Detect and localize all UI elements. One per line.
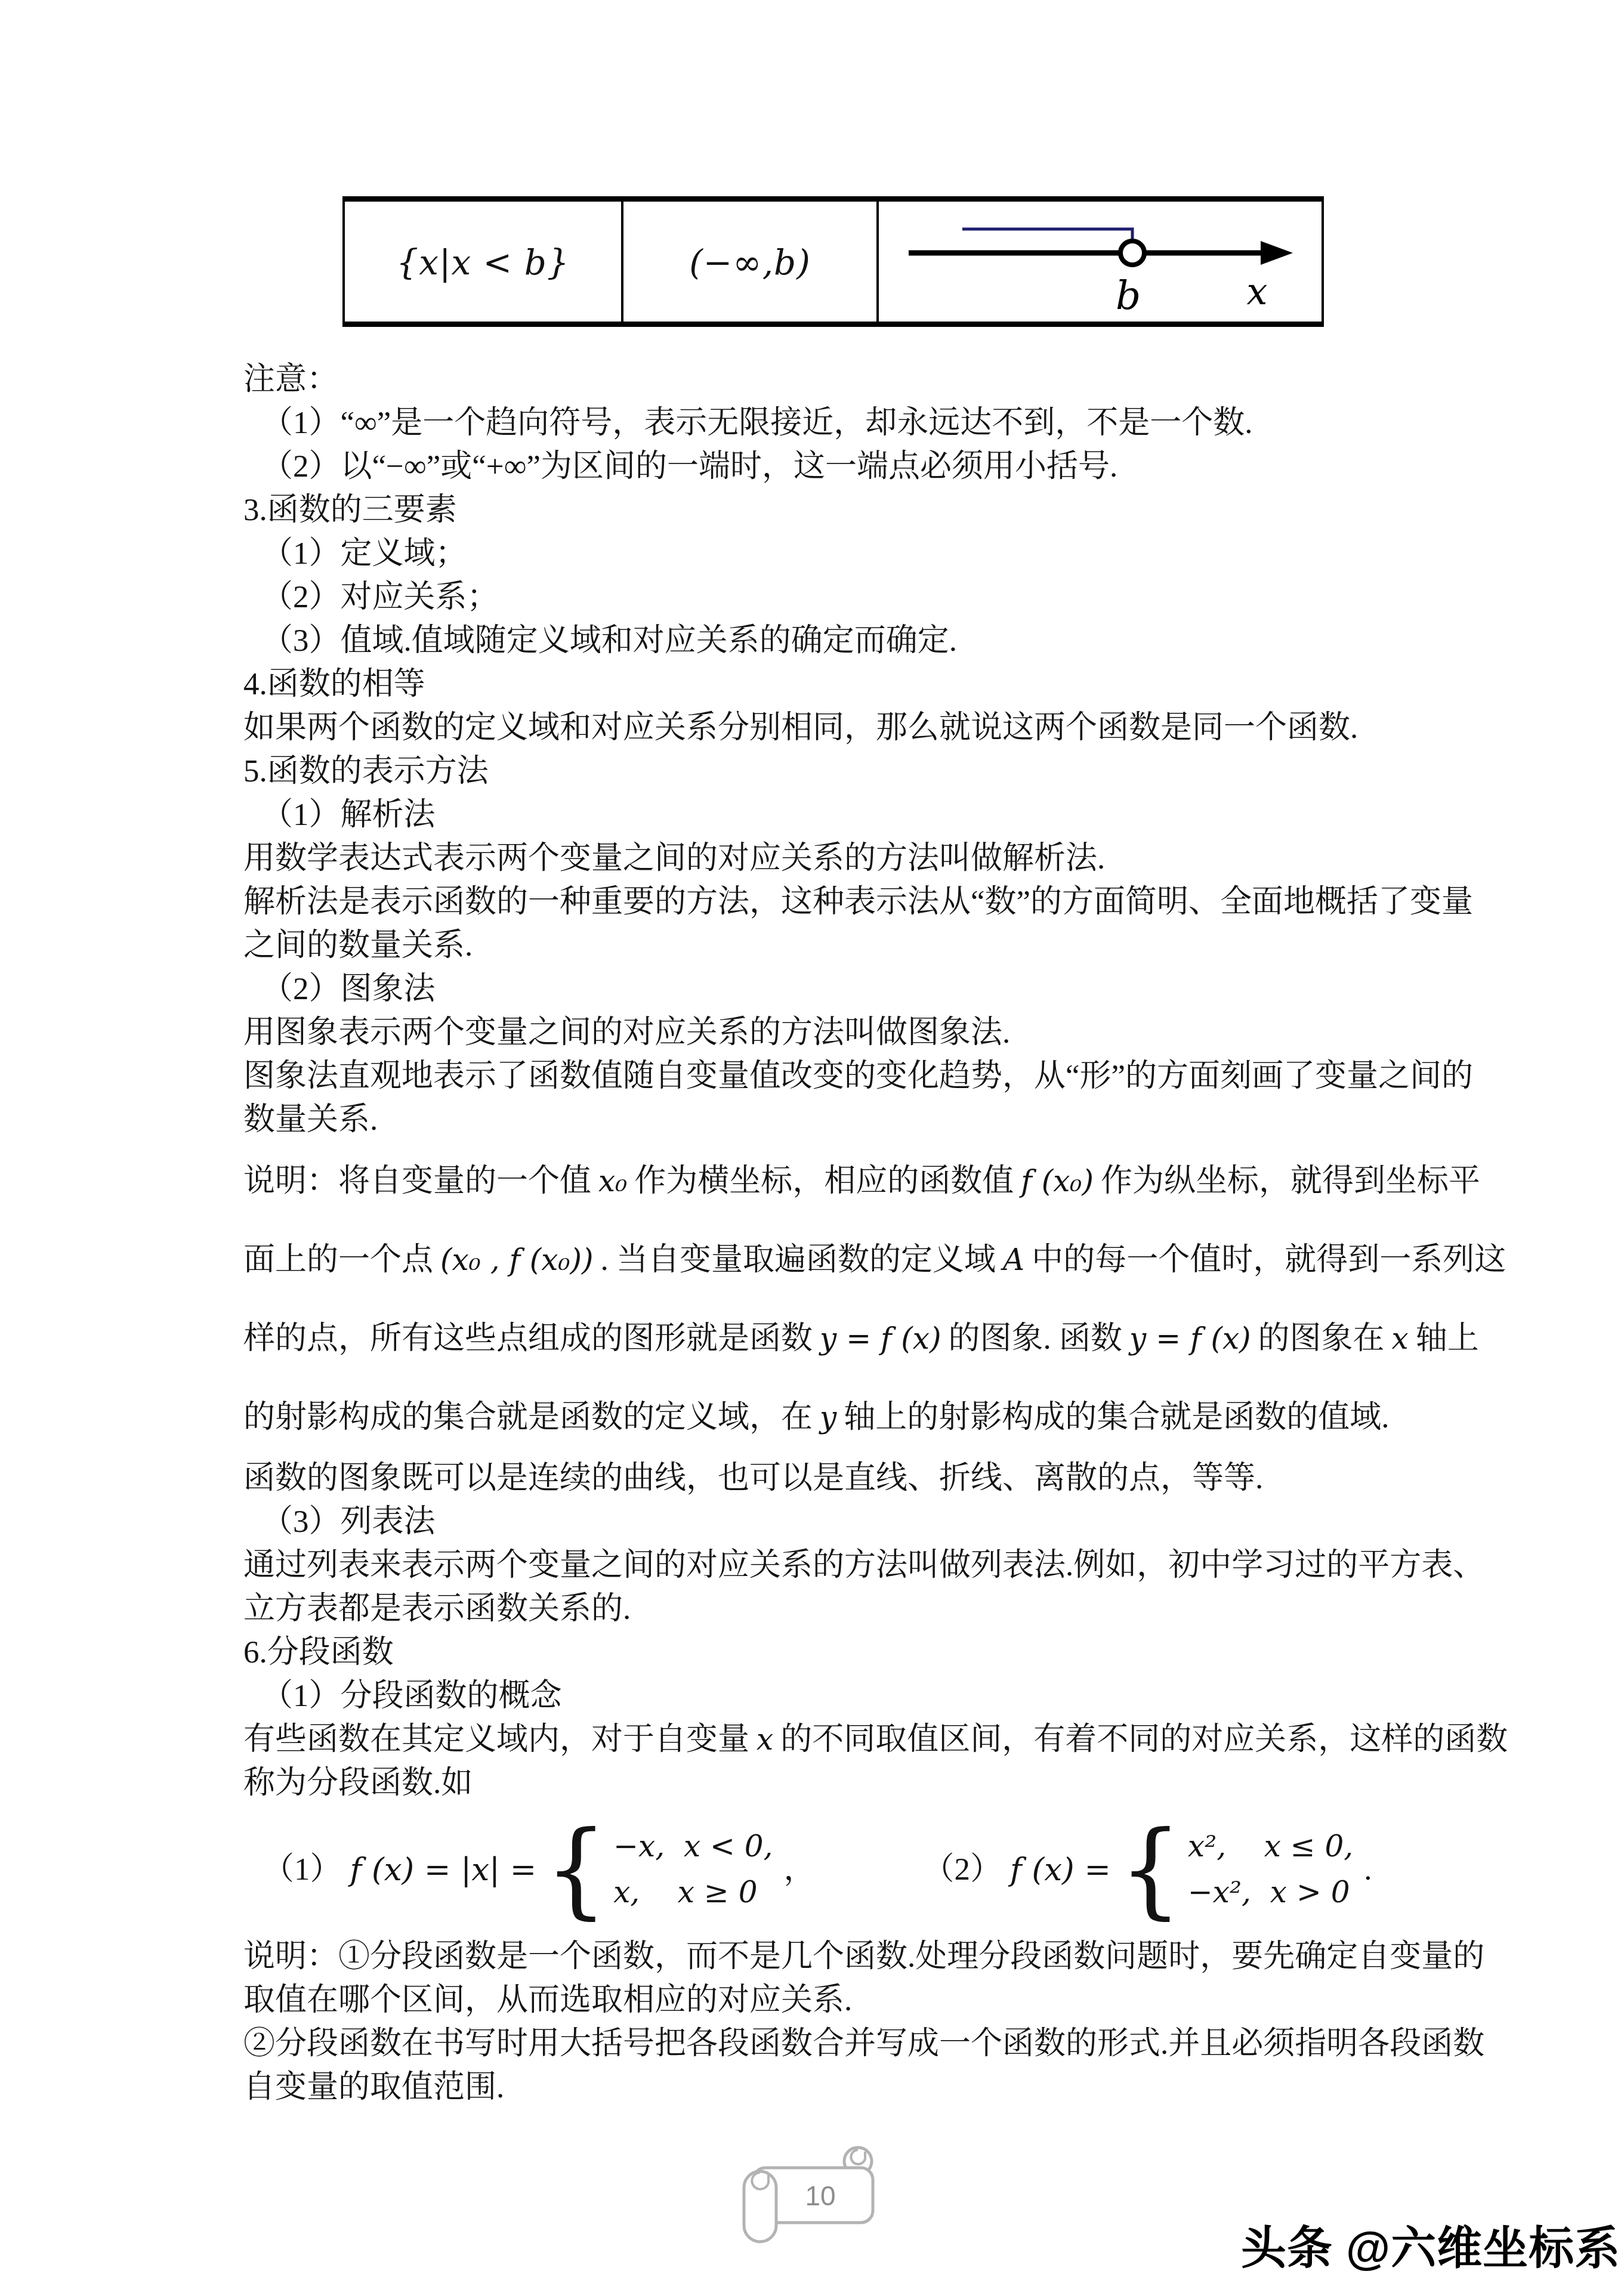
scroll-left-roll: [744, 2171, 776, 2242]
math-point-pair: (x₀ , f (x₀)): [433, 1243, 601, 1277]
section6-paragraph-line1: 有些函数在其定义域内，对于自变量x的不同取值区间，有着不同的对应关系，这样的函数: [243, 1718, 1407, 1762]
interval-table: {x|x < b} (−∞,b) b x: [342, 196, 1324, 327]
explain-2-text-b: . 当自变量取遍函数的定义域: [601, 1243, 996, 1277]
interval-formula: (−∞,b): [689, 242, 811, 283]
section5-method3-line2: 立方表都是表示函数关系的.: [243, 1587, 1407, 1631]
explain-3-text-b: 的图象. 函数: [949, 1321, 1123, 1356]
piecewise-2-brace: {: [1119, 1818, 1182, 1922]
section5-method2-line1: 用图象表示两个变量之间的对应关系的方法叫做图象法.: [243, 1011, 1407, 1055]
section5-title: 5.函数的表示方法: [243, 750, 1407, 793]
explain-line-1: 说明：将自变量的一个值x₀作为横坐标，相应的函数值f (x₀)作为纵坐标，就得到…: [243, 1142, 1407, 1220]
watermark-text: 头条 @六维坐标系: [1241, 2212, 1620, 2277]
explain2-line-2: 取值在哪个区间，从而选取相应的对应关系.: [243, 1979, 1407, 2022]
section5-method2-line2: 图象法直观地表示了函数值随自变量值改变的变化趋势，从“形”的方面刻画了变量之间的: [243, 1055, 1407, 1098]
piecewise-2-case-top: x², x ≤ 0,: [1188, 1830, 1353, 1864]
body-text: 注意： （1）“∞”是一个趋向符号，表示无限接近，却永远达不到，不是一个数. （…: [243, 358, 1407, 2109]
page-number: 10: [805, 2180, 835, 2211]
explain-line-5: 函数的图象既可以是连续的曲线，也可以是直线、折线、离散的点，等等.: [243, 1457, 1407, 1500]
piecewise-1-case-top: −x, x < 0,: [613, 1830, 773, 1864]
explain-1-text-a: 说明：将自变量的一个值: [243, 1164, 591, 1198]
piecewise-1-case-bottom: x, x ≥ 0: [613, 1875, 773, 1910]
explain-2-text-a: 面上的一个点: [243, 1243, 433, 1277]
section6-item-1: （1）分段函数的概念: [243, 1674, 1407, 1718]
math-y-equals-fx-1: y = f (x): [813, 1321, 949, 1356]
note-title: 注意：: [243, 358, 1407, 401]
note-item-2: （2）以“−∞”或“+∞”为区间的一端时，这一端点必须用小括号.: [243, 445, 1407, 489]
math-x-axis-var: x: [1385, 1321, 1416, 1356]
numberline-axis-label: x: [1247, 270, 1268, 313]
table-cell-set-notation: {x|x < b}: [345, 202, 623, 323]
table-cell-numberline: b x: [879, 202, 1319, 323]
section6-paragraph-line2: 称为分段函数.如: [243, 1762, 1407, 1805]
section5-method1-line1: 用数学表达式表示两个变量之间的对应关系的方法叫做解析法.: [243, 837, 1407, 880]
explain-3-text-d: 轴上: [1416, 1321, 1479, 1356]
numberline-arrowhead: [1261, 241, 1293, 265]
piecewise-2-case-bottom: −x², x > 0: [1188, 1875, 1353, 1910]
piecewise-2-tail: .: [1364, 1848, 1372, 1892]
piecewise-formula-2: （2） f (x) = { x², x ≤ 0, −x², x > 0 .: [923, 1821, 1372, 1919]
math-y-axis-var: y: [813, 1400, 844, 1435]
piecewise-formula-1: （1） f (x) = |x| = { −x, x < 0, x, x ≥ 0 …: [263, 1821, 816, 1919]
explain-line-4: 的射影构成的集合就是函数的定义域，在y轴上的射影构成的集合就是函数的值域.: [243, 1378, 1407, 1457]
section5-method1-title: （1）解析法: [243, 793, 1407, 837]
piecewise-2-cases: x², x ≤ 0, −x², x > 0: [1188, 1830, 1353, 1910]
piecewise-1-lhs: f (x) = |x| =: [342, 1848, 545, 1892]
piecewise-2-label: （2）: [923, 1848, 1002, 1892]
math-x-var: x: [749, 1722, 780, 1757]
section3-item-1: （1）定义域；: [243, 532, 1407, 576]
explain-2-text-c: 中的每一个值时，就得到一系列这: [1032, 1243, 1506, 1277]
section3-item-2: （2）对应关系；: [243, 576, 1407, 619]
piecewise-1-brace: {: [545, 1818, 607, 1922]
section3-title: 3.函数的三要素: [243, 489, 1407, 532]
section5-method1-line3: 之间的数量关系.: [243, 924, 1407, 968]
section5-method2-title: （2）图象法: [243, 968, 1407, 1011]
piecewise-1-cases: −x, x < 0, x, x ≥ 0: [613, 1830, 773, 1910]
math-fx0: f (x₀): [1014, 1164, 1101, 1198]
numberline-ray-segment: [962, 229, 1132, 242]
numberline-open-circle: [1120, 241, 1144, 265]
section5-method3-line1: 通过列表来表示两个变量之间的对应关系的方法叫做列表法.例如，初中学习过的平方表、: [243, 1544, 1407, 1587]
section6-text-a: 有些函数在其定义域内，对于自变量: [243, 1722, 749, 1757]
explain-4-text-a: 的射影构成的集合就是函数的定义域，在: [243, 1400, 813, 1435]
explain-line-2: 面上的一个点(x₀ , f (x₀)). 当自变量取遍函数的定义域A中的每一个值…: [243, 1220, 1407, 1299]
explain2-line-4: 自变量的取值范围.: [243, 2066, 1407, 2109]
piecewise-1-label: （1）: [263, 1848, 342, 1892]
note-item-1: （1）“∞”是一个趋向符号，表示无限接近，却永远达不到，不是一个数.: [243, 401, 1407, 445]
piecewise-1-tail: ，: [784, 1848, 816, 1892]
section5-method2-line3: 数量关系.: [243, 1098, 1407, 1142]
table-cell-interval: (−∞,b): [623, 202, 879, 323]
explain-4-text-b: 轴上的射影构成的集合就是函数的值域.: [844, 1400, 1389, 1435]
explain-1-text-c: 作为纵坐标，就得到坐标平: [1101, 1164, 1480, 1198]
section5-method1-line2: 解析法是表示函数的一种重要的方法，这种表示法从“数”的方面简明、全面地概括了变量: [243, 880, 1407, 924]
explain-line-3: 样的点，所有这些点组成的图形就是函数y = f (x)的图象. 函数y = f …: [243, 1299, 1407, 1378]
math-y-equals-fx-2: y = f (x): [1122, 1321, 1258, 1356]
numberline-diagram: b x: [879, 202, 1319, 323]
section4-title: 4.函数的相等: [243, 663, 1407, 706]
explain-3-text-a: 样的点，所有这些点组成的图形就是函数: [243, 1321, 813, 1356]
section3-item-3: （3）值域.值域随定义域和对应关系的确定而确定.: [243, 619, 1407, 663]
explain-3-text-c: 的图象在: [1258, 1321, 1385, 1356]
set-notation-formula: {x|x < b}: [396, 242, 569, 283]
page-number-scroll-icon: 10: [736, 2143, 892, 2261]
math-x0: x₀: [591, 1164, 634, 1198]
section5-method3-title: （3）列表法: [243, 1500, 1407, 1544]
explain-1-text-b: 作为横坐标，相应的函数值: [634, 1164, 1014, 1198]
section6-title: 6.分段函数: [243, 1631, 1407, 1674]
numberline-point-label: b: [1116, 273, 1141, 319]
piecewise-formula-row: （1） f (x) = |x| = { −x, x < 0, x, x ≥ 0 …: [243, 1813, 1407, 1926]
document-page: {x|x < b} (−∞,b) b x 注意： （1）“∞”是一个趋向符号，表…: [0, 0, 1624, 2296]
section4-text: 如果两个函数的定义域和对应关系分别相同，那么就说这两个函数是同一个函数.: [243, 706, 1407, 750]
explain2-line-1: 说明：①分段函数是一个函数，而不是几个函数.处理分段函数问题时，要先确定自变量的: [243, 1935, 1407, 1979]
math-domain-A: A: [996, 1243, 1032, 1277]
piecewise-2-lhs: f (x) =: [1002, 1848, 1119, 1892]
explain2-line-3: ②分段函数在书写时用大括号把各段函数合并写成一个函数的形式.并且必须指明各段函数: [243, 2022, 1407, 2066]
section6-text-b: 的不同取值区间，有着不同的对应关系，这样的函数: [780, 1722, 1508, 1757]
